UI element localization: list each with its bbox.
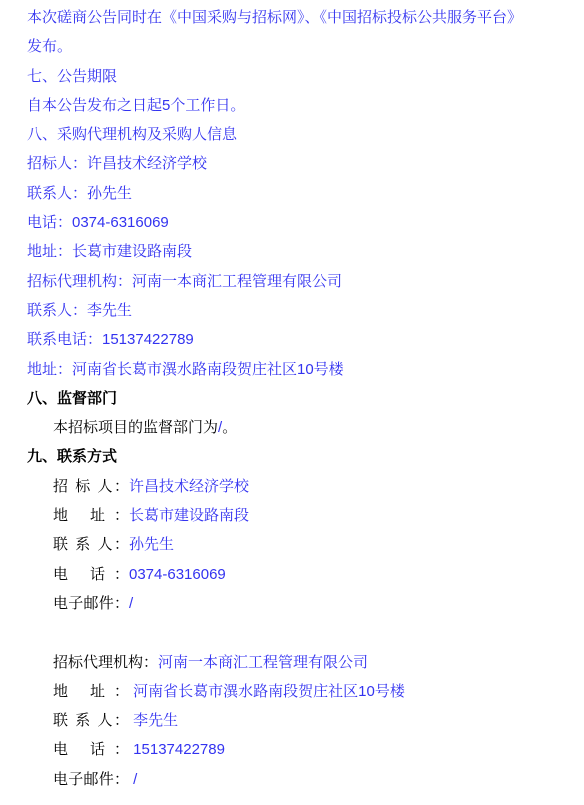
contact-label: 联 系 人： [53,706,129,735]
contact-label: 电子邮件： [53,589,129,618]
section7-body: 自本公告发布之日起5个工作日。 [27,91,557,120]
contact-row-address: 地 址：长葛市建设路南段 [53,501,557,530]
contact-label: 招标代理机构： [53,648,158,677]
agent-contact-row-address: 地 址： 河南省长葛市潩水路南段贺庄社区10号楼 [53,677,557,706]
intro-line-1: 本次磋商公告同时在《中国采购与招标网》、《中国招标投标公共服务平台》 [27,3,557,32]
contact-value: / [129,595,133,612]
agency-info-line-agent: 招标代理机构：河南一本商汇工程管理有限公司 [27,267,557,296]
contact-value: 河南一本商汇工程管理有限公司 [158,654,368,671]
section7-heading: 七、公告期限 [27,62,557,91]
contact-label: 电 话： [53,560,129,589]
contact-row-email: 电子邮件：/ [53,589,557,618]
contact-row-bidder: 招 标 人：许昌技术经济学校 [53,472,557,501]
section8-agency-heading: 八、采购代理机构及采购人信息 [27,120,557,149]
supervision-body-suffix: 。 [222,419,237,436]
supervision-body-prefix: 本招标项目的监督部门为 [53,419,218,436]
agent-contact-row-email: 电子邮件： / [53,765,557,794]
agency-info-line-agent-contact: 联系人：李先生 [27,296,557,325]
contact-value: 河南省长葛市潩水路南段贺庄社区10号楼 [129,683,405,700]
agent-contact-row-person: 联 系 人： 李先生 [53,706,557,735]
contact-label: 电 话： [53,735,129,764]
blank-line [27,618,557,647]
announcement-page: { "colors": { "text_blue": "#3333f0", "t… [0,0,584,805]
contact-value: 许昌技术经济学校 [129,478,249,495]
intro-line-2: 发布。 [27,32,557,61]
section9-heading: 九、联系方式 [27,442,557,471]
agent-contact-row-phone: 电 话： 15137422789 [53,735,557,764]
agency-info-line-phone: 电话：0374-6316069 [27,208,557,237]
agency-info-line-bidder: 招标人：许昌技术经济学校 [27,149,557,178]
agency-info-line-agent-address: 地址：河南省长葛市潩水路南段贺庄社区10号楼 [27,355,557,384]
announcement-document: 本次磋商公告同时在《中国采购与招标网》、《中国招标投标公共服务平台》 发布。 七… [0,0,584,794]
contact-value: 李先生 [129,712,178,729]
contact-label: 地 址： [53,501,129,530]
section8-supervision-heading: 八、监督部门 [27,384,557,413]
contact-value: 长葛市建设路南段 [129,507,249,524]
contact-label: 电子邮件： [53,765,129,794]
agent-contact-row-name: 招标代理机构：河南一本商汇工程管理有限公司 [53,648,557,677]
contact-label: 联 系 人： [53,530,129,559]
contact-value: / [129,771,137,788]
contact-value: 孙先生 [129,536,174,553]
agency-info-line-address: 地址：长葛市建设路南段 [27,237,557,266]
contact-label: 招 标 人： [53,472,129,501]
agency-info-line-contact: 联系人：孙先生 [27,179,557,208]
contact-value: 15137422789 [129,741,225,758]
contact-label: 地 址： [53,677,129,706]
contact-row-phone: 电 话：0374-6316069 [53,560,557,589]
supervision-body: 本招标项目的监督部门为/。 [53,413,557,442]
contact-row-person: 联 系 人：孙先生 [53,530,557,559]
agency-info-line-agent-phone: 联系电话：15137422789 [27,325,557,354]
contact-value: 0374-6316069 [129,566,226,583]
